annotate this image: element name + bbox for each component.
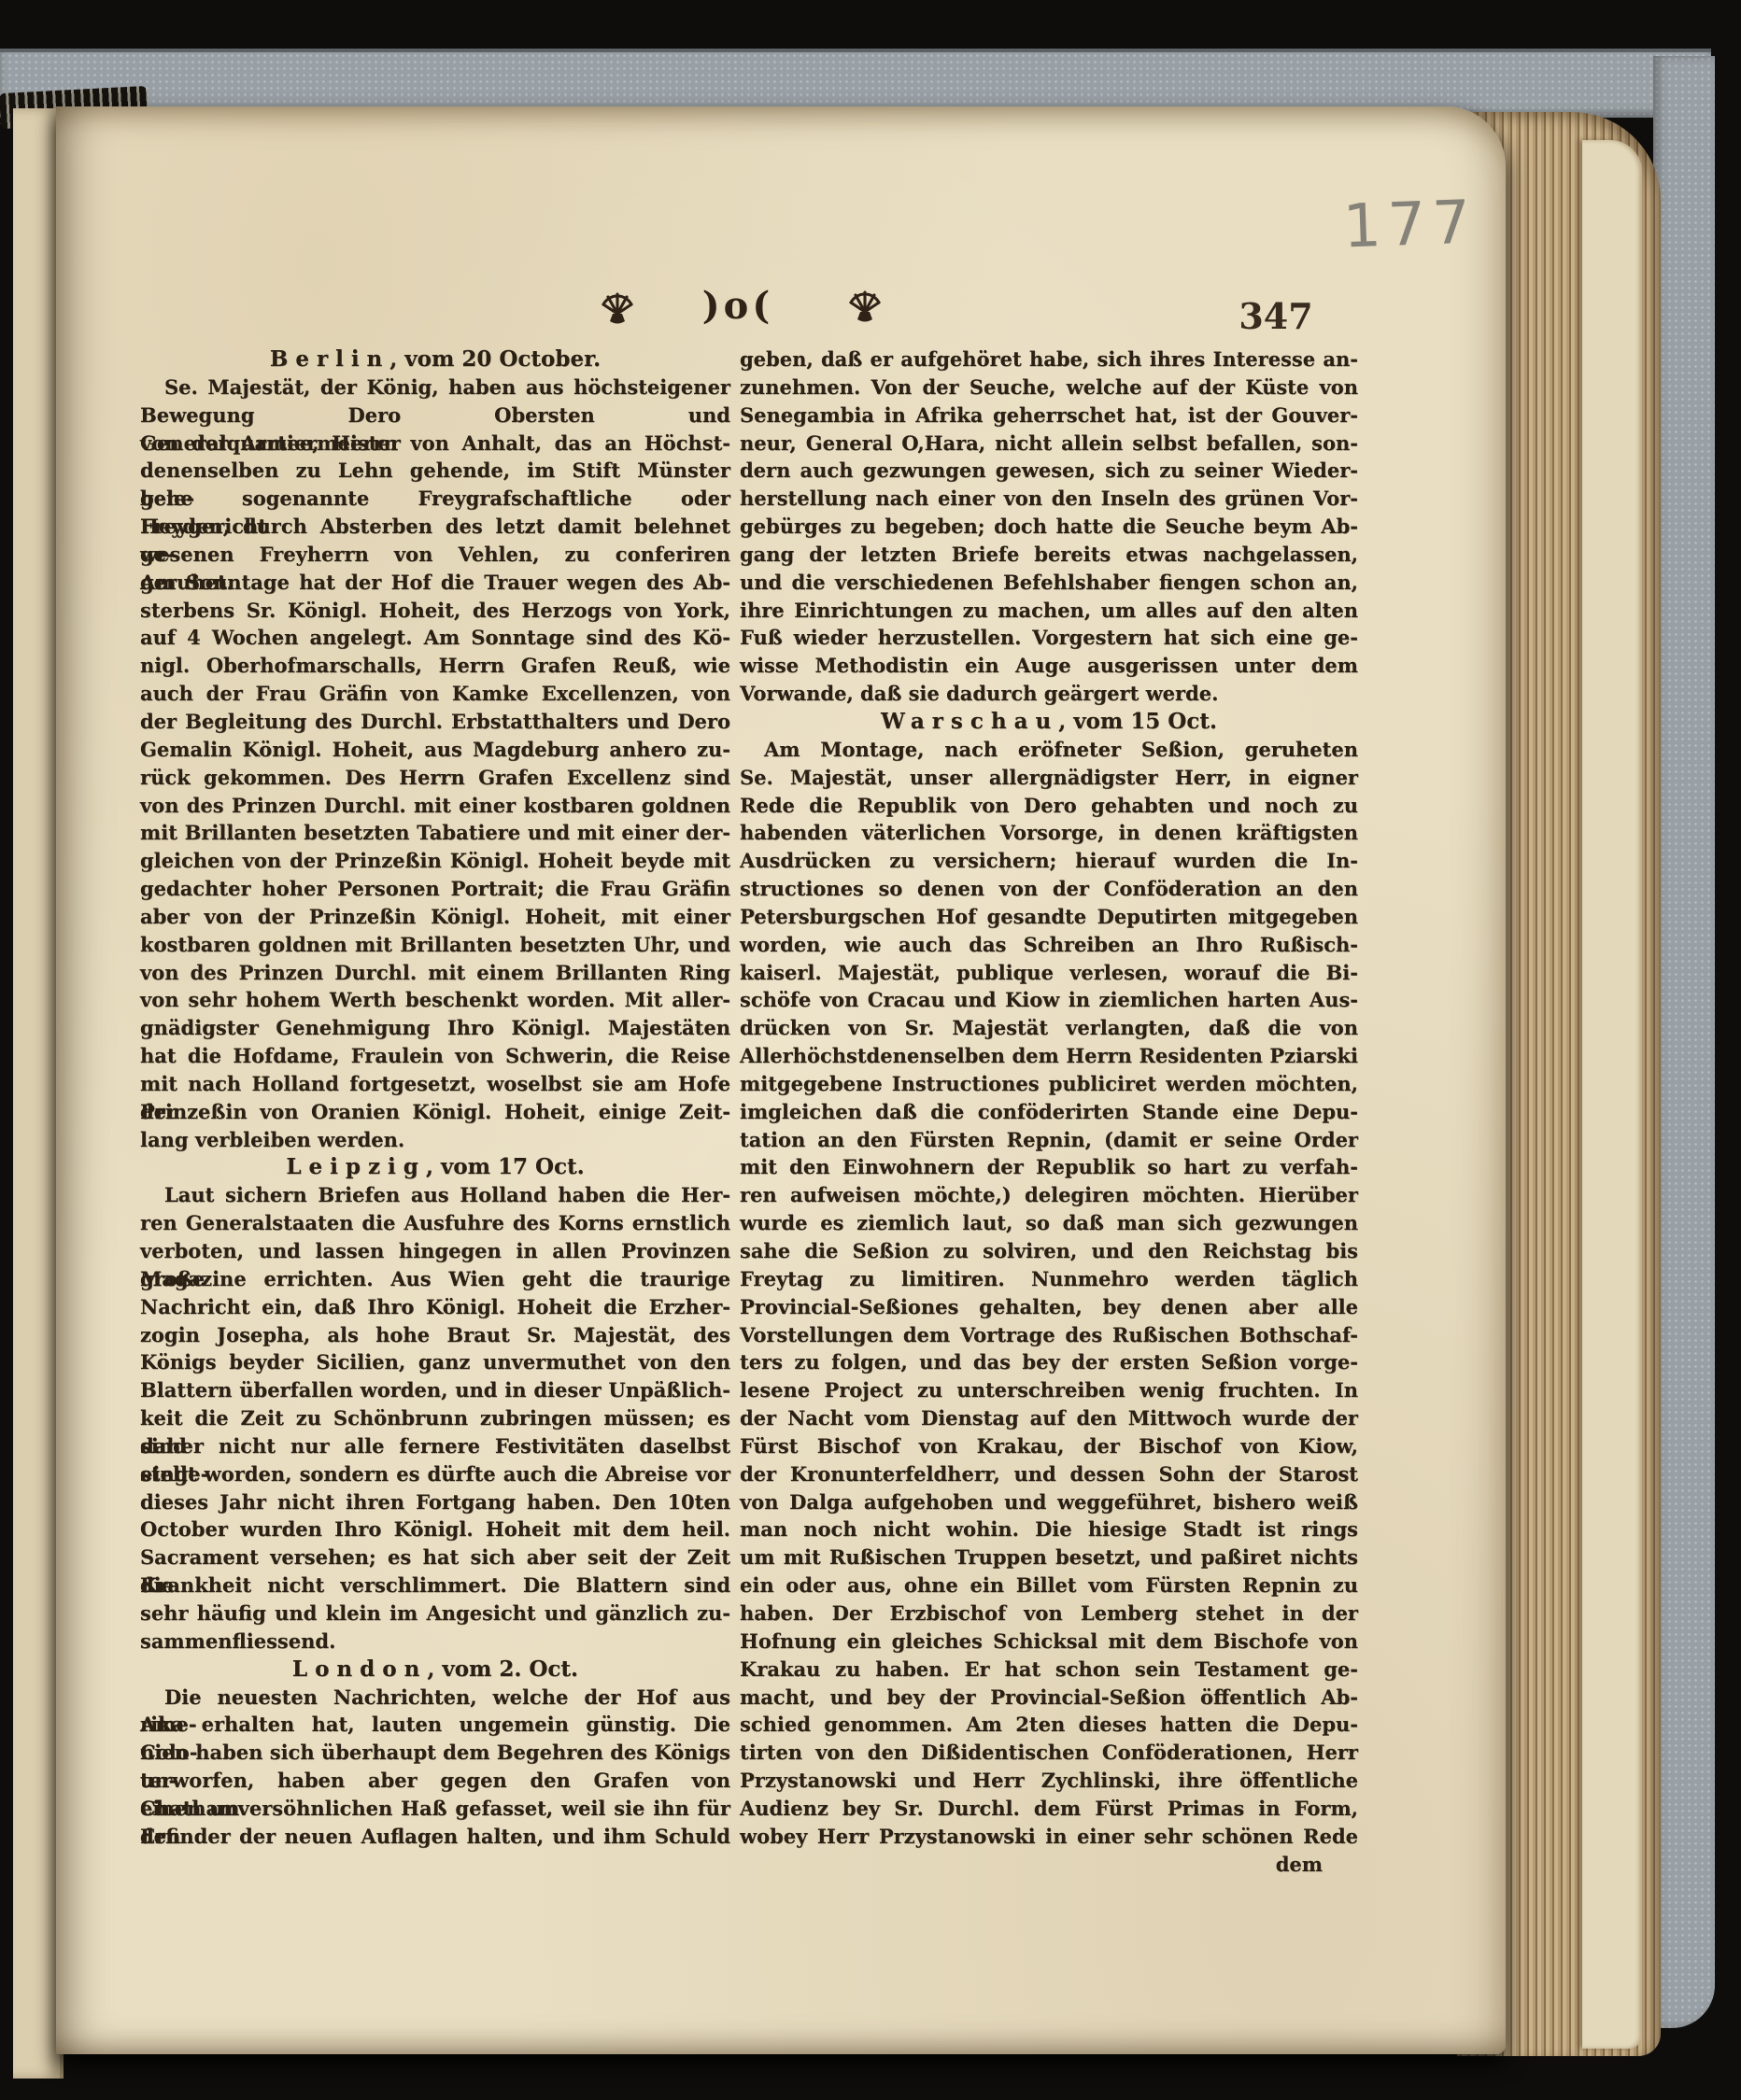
text-line: Heyden, durch Absterben des letzt damit …: [140, 513, 730, 541]
text-line: der Begleitung des Durchl. Erbstatthalte…: [140, 708, 730, 736]
text-line: von des Prinzen Durchl. mit einem Brilla…: [140, 959, 730, 987]
text-line: Am Montage, nach eröfneter Seßion, geruh…: [740, 736, 1358, 764]
text-line: verboten, und lassen hingegen in allen P…: [140, 1237, 730, 1265]
text-line: Se. Majestät, unser allergnädigster Herr…: [740, 764, 1358, 792]
text-line: Provincial-Seßiones gehalten, bey denen …: [740, 1293, 1358, 1321]
handwritten-folio-number: 177: [1342, 189, 1479, 262]
text-line: denenselben zu Lehn gehende, im Stift Mü…: [140, 457, 730, 485]
text-line: von Dalga aufgehoben und weggeführet, bi…: [740, 1488, 1358, 1516]
text-line: von der Armee, Herrn von Anhalt, das an …: [140, 430, 730, 458]
text-line: ren Generalstaaten die Ausfuhre des Korn…: [140, 1209, 730, 1237]
text-line: Petersburgschen Hof gesandte Deputirten …: [740, 903, 1358, 931]
shell-ornament-icon: [843, 284, 886, 327]
text-line: Erfinder der neuen Auflagen halten, und …: [140, 1823, 730, 1851]
text-line: sammenfliessend.: [140, 1628, 730, 1656]
book-cover-right-edge: [1653, 56, 1715, 2028]
text-line: tation an den Fürsten Repnin, (damit er …: [740, 1126, 1358, 1154]
text-line: kostbaren goldnen mit Brillanten besetzt…: [140, 931, 730, 959]
text-line: um mit Rußischen Truppen besetzt, und pa…: [740, 1543, 1358, 1571]
text-line: Magazine errichten. Aus Wien geht die tr…: [140, 1265, 730, 1293]
text-line: Krakau zu haben. Er hat schon sein Testa…: [740, 1656, 1358, 1684]
text-line: Vorstellungen dem Vortrage des Rußischen…: [740, 1321, 1358, 1349]
text-line: Gemalin Königl. Hoheit, aus Magdeburg an…: [140, 736, 730, 764]
text-line: sahe die Seßion zu solviren, und den Rei…: [740, 1237, 1358, 1265]
text-line: macht, und bey der Provincial-Seßion öff…: [740, 1684, 1358, 1712]
text-line: kaiserl. Majestät, publique verlesen, wo…: [740, 959, 1358, 987]
text-line: lang verbleiben werden.: [140, 1126, 730, 1154]
text-line: habenden väterlichen Vorsorge, in denen …: [740, 819, 1358, 847]
text-line: gang der letzten Briefe bereits etwas na…: [740, 541, 1358, 569]
text-line: herstellung nach einer von den Inseln de…: [740, 485, 1358, 513]
text-line: wesenen Freyherrn von Vehlen, zu conferi…: [140, 541, 730, 569]
text-line: Die neuesten Nachrichten, welche der Hof…: [140, 1684, 730, 1712]
text-line: von des Prinzen Durchl. mit einer kostba…: [140, 792, 730, 820]
text-line: Ausdrücken zu versichern; hierauf wurden…: [740, 847, 1358, 875]
text-line: Se. Majestät, der König, haben aus höchs…: [140, 373, 730, 402]
text-line: October wurden Ihro Königl. Hoheit mit d…: [140, 1515, 730, 1543]
text-line: worden, wie auch das Schreiben an Ihro R…: [740, 931, 1358, 959]
text-line: structiones so denen von der Conföderati…: [740, 875, 1358, 903]
protruding-page-edge: [1582, 140, 1642, 2049]
text-line: tirten von den Dißidentischen Conföderat…: [740, 1739, 1358, 1767]
text-line: imgleichen daß die conföderirten Stande …: [740, 1098, 1358, 1126]
text-line: zunehmen. Von der Seuche, welche auf der…: [740, 373, 1358, 402]
text-line: man noch nicht wohin. Die hiesige Stadt …: [740, 1515, 1358, 1543]
text-line: Königs beyder Sicilien, ganz unvermuthet…: [140, 1348, 730, 1376]
dateline-heading: Berlin, vom 20 October.: [140, 345, 730, 373]
text-line: Sacrament versehen; es hat sich aber sei…: [140, 1543, 730, 1571]
dateline-place: Berlin: [270, 346, 389, 372]
text-line: stellt worden, sondern es dürfte auch di…: [140, 1460, 730, 1488]
text-line: der Nacht vom Dienstag auf den Mittwoch …: [740, 1404, 1358, 1432]
dateline-place: Warschau: [881, 709, 1058, 734]
book-scan: 177 )o( 347 Berlin, vom 20 October.Se. M…: [0, 0, 1741, 2100]
text-line: nigl. Oberhofmarschalls, Herrn Grafen Re…: [140, 652, 730, 680]
text-line: sterbens Sr. Königl. Hoheit, des Herzogs…: [140, 597, 730, 625]
text-line: gnädigster Genehmigung Ihro Königl. Maje…: [140, 1014, 730, 1042]
text-line: Przystanowski und Herr Zychlinski, ihre …: [740, 1767, 1358, 1795]
text-line: und die verschiedenen Befehlshaber fieng…: [740, 569, 1358, 597]
text-line: auf 4 Wochen angelegt. Am Sonntage sind …: [140, 624, 730, 652]
text-line: gleichen von der Prinzeßin Königl. Hohei…: [140, 847, 730, 875]
text-line: Fürst Bischof von Krakau, der Bischof vo…: [740, 1432, 1358, 1460]
catchword: dem: [740, 1851, 1358, 1879]
text-line: ren aufweisen möchte,) delegiren möchten…: [740, 1181, 1358, 1209]
dateline-date: , vom 2. Oct.: [427, 1656, 578, 1682]
text-line: schöfe von Cracau und Kiow in ziemlichen…: [740, 986, 1358, 1014]
text-line: Vorwande, daß sie dadurch geärgert werde…: [740, 680, 1358, 708]
text-line: drücken von Sr. Majestät verlangten, daß…: [740, 1014, 1358, 1042]
dateline-date: , vom 15 Oct.: [1058, 709, 1217, 734]
text-line: Fuß wieder herzustellen. Vorgestern hat …: [740, 624, 1358, 652]
text-line: mitgegebene Instructiones publiciret wer…: [740, 1070, 1358, 1098]
text-line: Laut sichern Briefen aus Holland haben d…: [140, 1181, 730, 1209]
text-line: wobey Herr Przystanowski in einer sehr s…: [740, 1823, 1358, 1851]
text-line: gene sogenannte Freygrafschaftliche oder…: [140, 485, 730, 513]
text-line: Nachricht ein, daß Ihro Königl. Hoheit d…: [140, 1293, 730, 1321]
text-line: gedachter hoher Personen Portrait; die F…: [140, 875, 730, 903]
text-line: rück gekommen. Des Herrn Grafen Excellen…: [140, 764, 730, 792]
text-line: daher nicht nur alle fernere Festivitäte…: [140, 1432, 730, 1460]
dateline-place: Leipzig: [286, 1154, 426, 1179]
dateline-date: , vom 17 Oct.: [426, 1154, 585, 1179]
text-line: Allerhöchstdenenselben dem Herrn Residen…: [740, 1042, 1358, 1070]
dateline-heading: London, vom 2. Oct.: [140, 1656, 730, 1684]
text-line: wurde es ziemlich laut, so daß man sich …: [740, 1209, 1358, 1237]
right-text-column: geben, daß er aufgehöret habe, sich ihre…: [740, 345, 1358, 1878]
text-line: Blattern überfallen worden, und in diese…: [140, 1376, 730, 1404]
header-signature-mark: )o(: [693, 284, 783, 328]
text-line: gebürges zu begeben; doch hatte die Seuc…: [740, 513, 1358, 541]
text-line: mit nach Holland fortgesetzt, woselbst s…: [140, 1070, 730, 1098]
text-line: haben. Der Erzbischof von Lemberg stehet…: [740, 1600, 1358, 1628]
text-line: einen unversöhnlichen Haß gefasset, weil…: [140, 1795, 730, 1823]
text-line: Prinzeßin von Oranien Königl. Hoheit, ei…: [140, 1098, 730, 1126]
left-text-column: Berlin, vom 20 October.Se. Majestät, der…: [140, 345, 730, 1851]
text-line: Bewegung Dero Obersten und Generalquarti…: [140, 402, 730, 430]
text-line: Audienz bey Sr. Durchl. dem Fürst Primas…: [740, 1795, 1358, 1823]
text-line: von sehr hohem Werth beschenkt worden. M…: [140, 986, 730, 1014]
text-line: zogin Josepha, als hohe Braut Sr. Majest…: [140, 1321, 730, 1349]
text-line: rika erhalten hat, lauten ungemein günst…: [140, 1711, 730, 1739]
text-line: ein oder aus, ohne ein Billet vom Fürste…: [740, 1571, 1358, 1600]
text-line: Freytag zu limitiren. Nunmehro werden tä…: [740, 1265, 1358, 1293]
text-line: Rede die Republik von Dero gehabten und …: [740, 792, 1358, 820]
text-line: Krankheit nicht verschlimmert. Die Blatt…: [140, 1571, 730, 1600]
text-line: sehr häufig und klein im Angesicht und g…: [140, 1600, 730, 1628]
dateline-heading: Leipzig, vom 17 Oct.: [140, 1153, 730, 1181]
text-line: neur, General O,Hara, nicht allein selbs…: [740, 430, 1358, 458]
text-line: dern auch gezwungen gewesen, sich zu sei…: [740, 457, 1358, 485]
dateline-heading: Warschau, vom 15 Oct.: [740, 708, 1358, 736]
text-line: wisse Methodistin ein Auge ausgerissen u…: [740, 652, 1358, 680]
shell-ornament-icon: [596, 286, 639, 329]
text-line: Hofnung ein gleiches Schicksal mit dem B…: [740, 1628, 1358, 1656]
text-line: der Kronunterfeldherr, und dessen Sohn d…: [740, 1460, 1358, 1488]
text-line: ihre Einrichtungen zu machen, um alles a…: [740, 597, 1358, 625]
printed-page-number: 347: [1239, 295, 1313, 337]
text-line: auch der Frau Gräfin von Kamke Excellenz…: [140, 680, 730, 708]
text-line: Am Sonntage hat der Hof die Trauer wegen…: [140, 569, 730, 597]
text-line: schied genommen. Am 2ten dieses hatten d…: [740, 1711, 1358, 1739]
text-line: nien haben sich überhaupt dem Begehren d…: [140, 1739, 730, 1767]
text-line: geben, daß er aufgehöret habe, sich ihre…: [740, 345, 1358, 373]
dateline-date: , vom 20 October.: [389, 346, 601, 372]
text-line: ters zu folgen, und das bey der ersten S…: [740, 1348, 1358, 1376]
text-line: Senegambia in Afrika geherrschet hat, is…: [740, 402, 1358, 430]
text-line: hat die Hofdame, Fraulein von Schwerin, …: [140, 1042, 730, 1070]
text-line: mit den Einwohnern der Republik so hart …: [740, 1153, 1358, 1181]
text-line: keit die Zeit zu Schönbrunn zubringen mü…: [140, 1404, 730, 1432]
text-line: dieses Jahr nicht ihren Fortgang haben. …: [140, 1488, 730, 1516]
text-line: mit Brillanten besetzten Tabatiere und m…: [140, 819, 730, 847]
dateline-place: London: [292, 1656, 427, 1682]
text-line: lesene Project zu unterschreiben wenig f…: [740, 1376, 1358, 1404]
text-line: terworfen, haben aber gegen den Grafen v…: [140, 1767, 730, 1795]
text-line: aber von der Prinzeßin Königl. Hoheit, m…: [140, 903, 730, 931]
